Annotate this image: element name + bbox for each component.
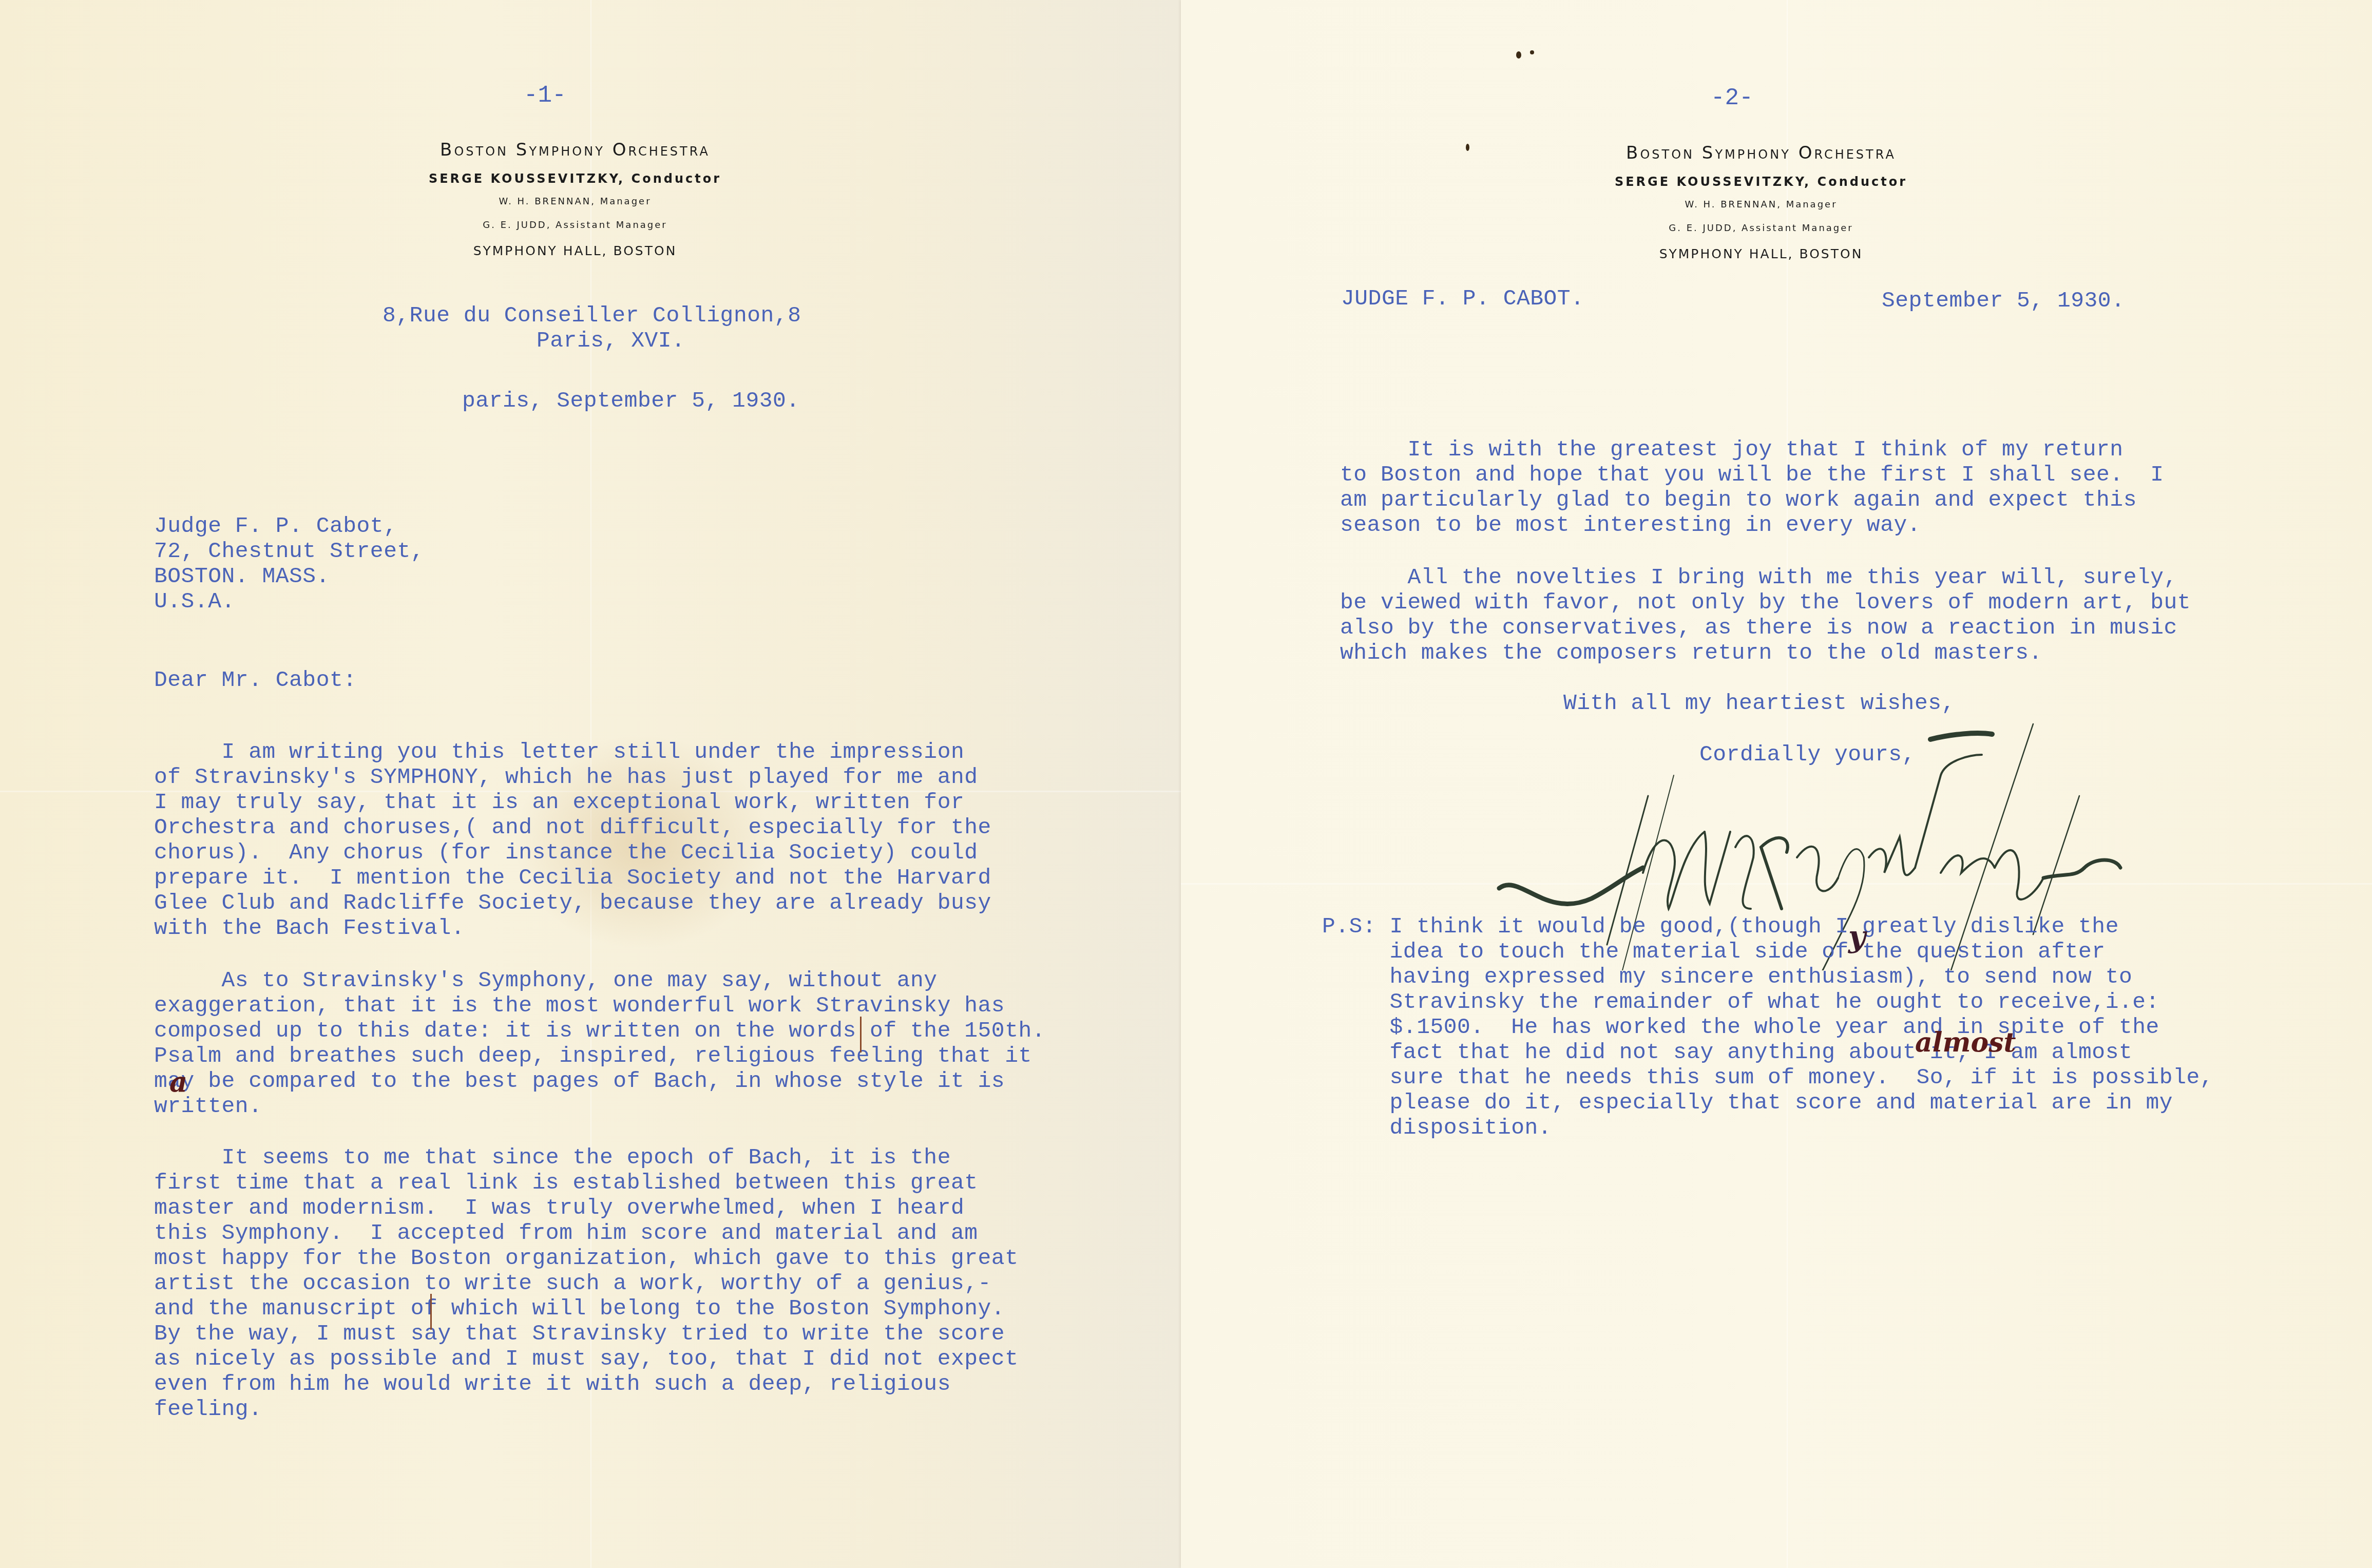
text-line: chorus). Any chorus (for instance the Ce…	[154, 840, 978, 865]
letterhead-organization: Boston Symphony Orchestra	[144, 140, 1006, 160]
handwritten-correction: almost	[1915, 1027, 2016, 1058]
text-line: as nicely as possible and I must say, to…	[154, 1346, 1018, 1371]
text-line: please do it, especially that score and …	[1322, 1090, 2173, 1115]
text-line: even from him he would write it with suc…	[154, 1371, 951, 1397]
text-line: It seems to me that since the epoch of B…	[154, 1145, 951, 1170]
recipient-line: Judge F. P. Cabot,	[154, 513, 397, 539]
handwritten-correction: y	[1848, 919, 1866, 954]
recipient-header: JUDGE F. P. CABOT.	[1341, 286, 1584, 311]
text-line: Orchestra and choruses,( and not difficu…	[154, 815, 991, 840]
text-line: exaggeration, that it is the most wonder…	[154, 993, 1005, 1018]
letterhead-manager: W. H. BRENNAN, Manager	[1330, 199, 2192, 210]
sender-address-line: 8,Rue du Conseiller Collignon,8	[382, 303, 801, 328]
text-line: P.S: I think it would be good,(though I …	[1322, 914, 2119, 939]
letterhead-conductor: SERGE KOUSSEVITZKY, Conductor	[144, 171, 1006, 186]
text-line: feeling.	[154, 1397, 262, 1422]
text-line: I am writing you this letter still under…	[154, 739, 964, 764]
text-line: which makes the composers return to the …	[1340, 640, 2042, 665]
letterhead-assistant-manager: G. E. JUDD, Assistant Manager	[144, 220, 1006, 231]
letter-page-1: -1- Boston Symphony Orchestra SERGE KOUS…	[0, 0, 1181, 1568]
text-line: most happy for the Boston organization, …	[154, 1246, 1018, 1271]
text-line: this Symphony. I accepted from him score…	[154, 1220, 978, 1246]
letter-date: September 5, 1930.	[1882, 288, 2125, 313]
insertion-mark	[860, 1017, 862, 1053]
salutation: Dear Mr. Cabot:	[154, 667, 357, 693]
handwritten-correction: a	[169, 1065, 187, 1098]
text-line: master and modernism. I was truly overwh…	[154, 1195, 964, 1220]
text-line: be viewed with favor, not only by the lo…	[1340, 590, 2191, 615]
text-line: and the manuscript of which will belong …	[154, 1296, 1005, 1321]
letterhead: Boston Symphony Orchestra SERGE KOUSSEVI…	[1330, 0, 2192, 288]
letter-date: paris, September 5, 1930.	[462, 388, 800, 413]
text-line: having expressed my sincere enthusiasm),…	[1322, 964, 2132, 989]
recipient-line: 72, Chestnut Street,	[154, 539, 424, 564]
letterhead: Boston Symphony Orchestra SERGE KOUSSEVI…	[144, 0, 1006, 288]
text-line: composed up to this date: it is written …	[154, 1018, 1045, 1043]
text-line: with the Bach Festival.	[154, 915, 465, 941]
letterhead-location: SYMPHONY HALL, BOSTON	[1330, 246, 2192, 261]
text-line: idea to touch the material side of the q…	[1322, 939, 2106, 964]
insertion-mark	[430, 1294, 432, 1330]
text-line: I may truly say, that it is an exception…	[154, 790, 964, 815]
sender-address-line: Paris, XVI.	[537, 328, 685, 353]
text-line: As to Stravinsky's Symphony, one may say…	[154, 968, 938, 993]
recipient-line: BOSTON. MASS.	[154, 564, 330, 589]
text-line: All the novelties I bring with me this y…	[1340, 565, 2177, 590]
text-line: of Stravinsky's SYMPHONY, which he has j…	[154, 764, 978, 790]
letterhead-organization: Boston Symphony Orchestra	[1330, 143, 2192, 163]
text-line: season to be most interesting in every w…	[1340, 512, 1921, 538]
text-line: By the way, I must say that Stravinsky t…	[154, 1321, 1005, 1346]
text-line: Glee Club and Radcliffe Society, because…	[154, 890, 991, 915]
text-line: am particularly glad to begin to work ag…	[1340, 487, 2137, 512]
letterhead-manager: W. H. BRENNAN, Manager	[144, 196, 1006, 207]
text-line: first time that a real link is establish…	[154, 1170, 978, 1195]
recipient-line: U.S.A.	[154, 589, 235, 614]
letter-page-2: -2- Boston Symphony Orchestra SERGE KOUS…	[1181, 0, 2372, 1568]
letterhead-location: SYMPHONY HALL, BOSTON	[144, 243, 1006, 258]
text-line: also by the conservatives, as there is n…	[1340, 615, 2177, 640]
text-line: It is with the greatest joy that I think…	[1340, 437, 2124, 462]
text-line: Stravinsky the remainder of what he ough…	[1322, 989, 2159, 1015]
text-line: disposition.	[1322, 1115, 1552, 1140]
text-line: $.1500. He has worked the whole year and…	[1322, 1015, 2159, 1040]
text-line: sure that he needs this sum of money. So…	[1322, 1065, 2213, 1090]
text-line: prepare it. I mention the Cecilia Societ…	[154, 865, 991, 890]
letterhead-conductor: SERGE KOUSSEVITZKY, Conductor	[1330, 175, 2192, 189]
letterhead-assistant-manager: G. E. JUDD, Assistant Manager	[1330, 223, 2192, 234]
text-line: may be compared to the best pages of Bac…	[154, 1068, 1005, 1094]
text-line: artist the occasion to write such a work…	[154, 1271, 991, 1296]
text-line: Psalm and breathes such deep, inspired, …	[154, 1043, 1032, 1068]
text-line: to Boston and hope that you will be the …	[1340, 462, 2164, 487]
